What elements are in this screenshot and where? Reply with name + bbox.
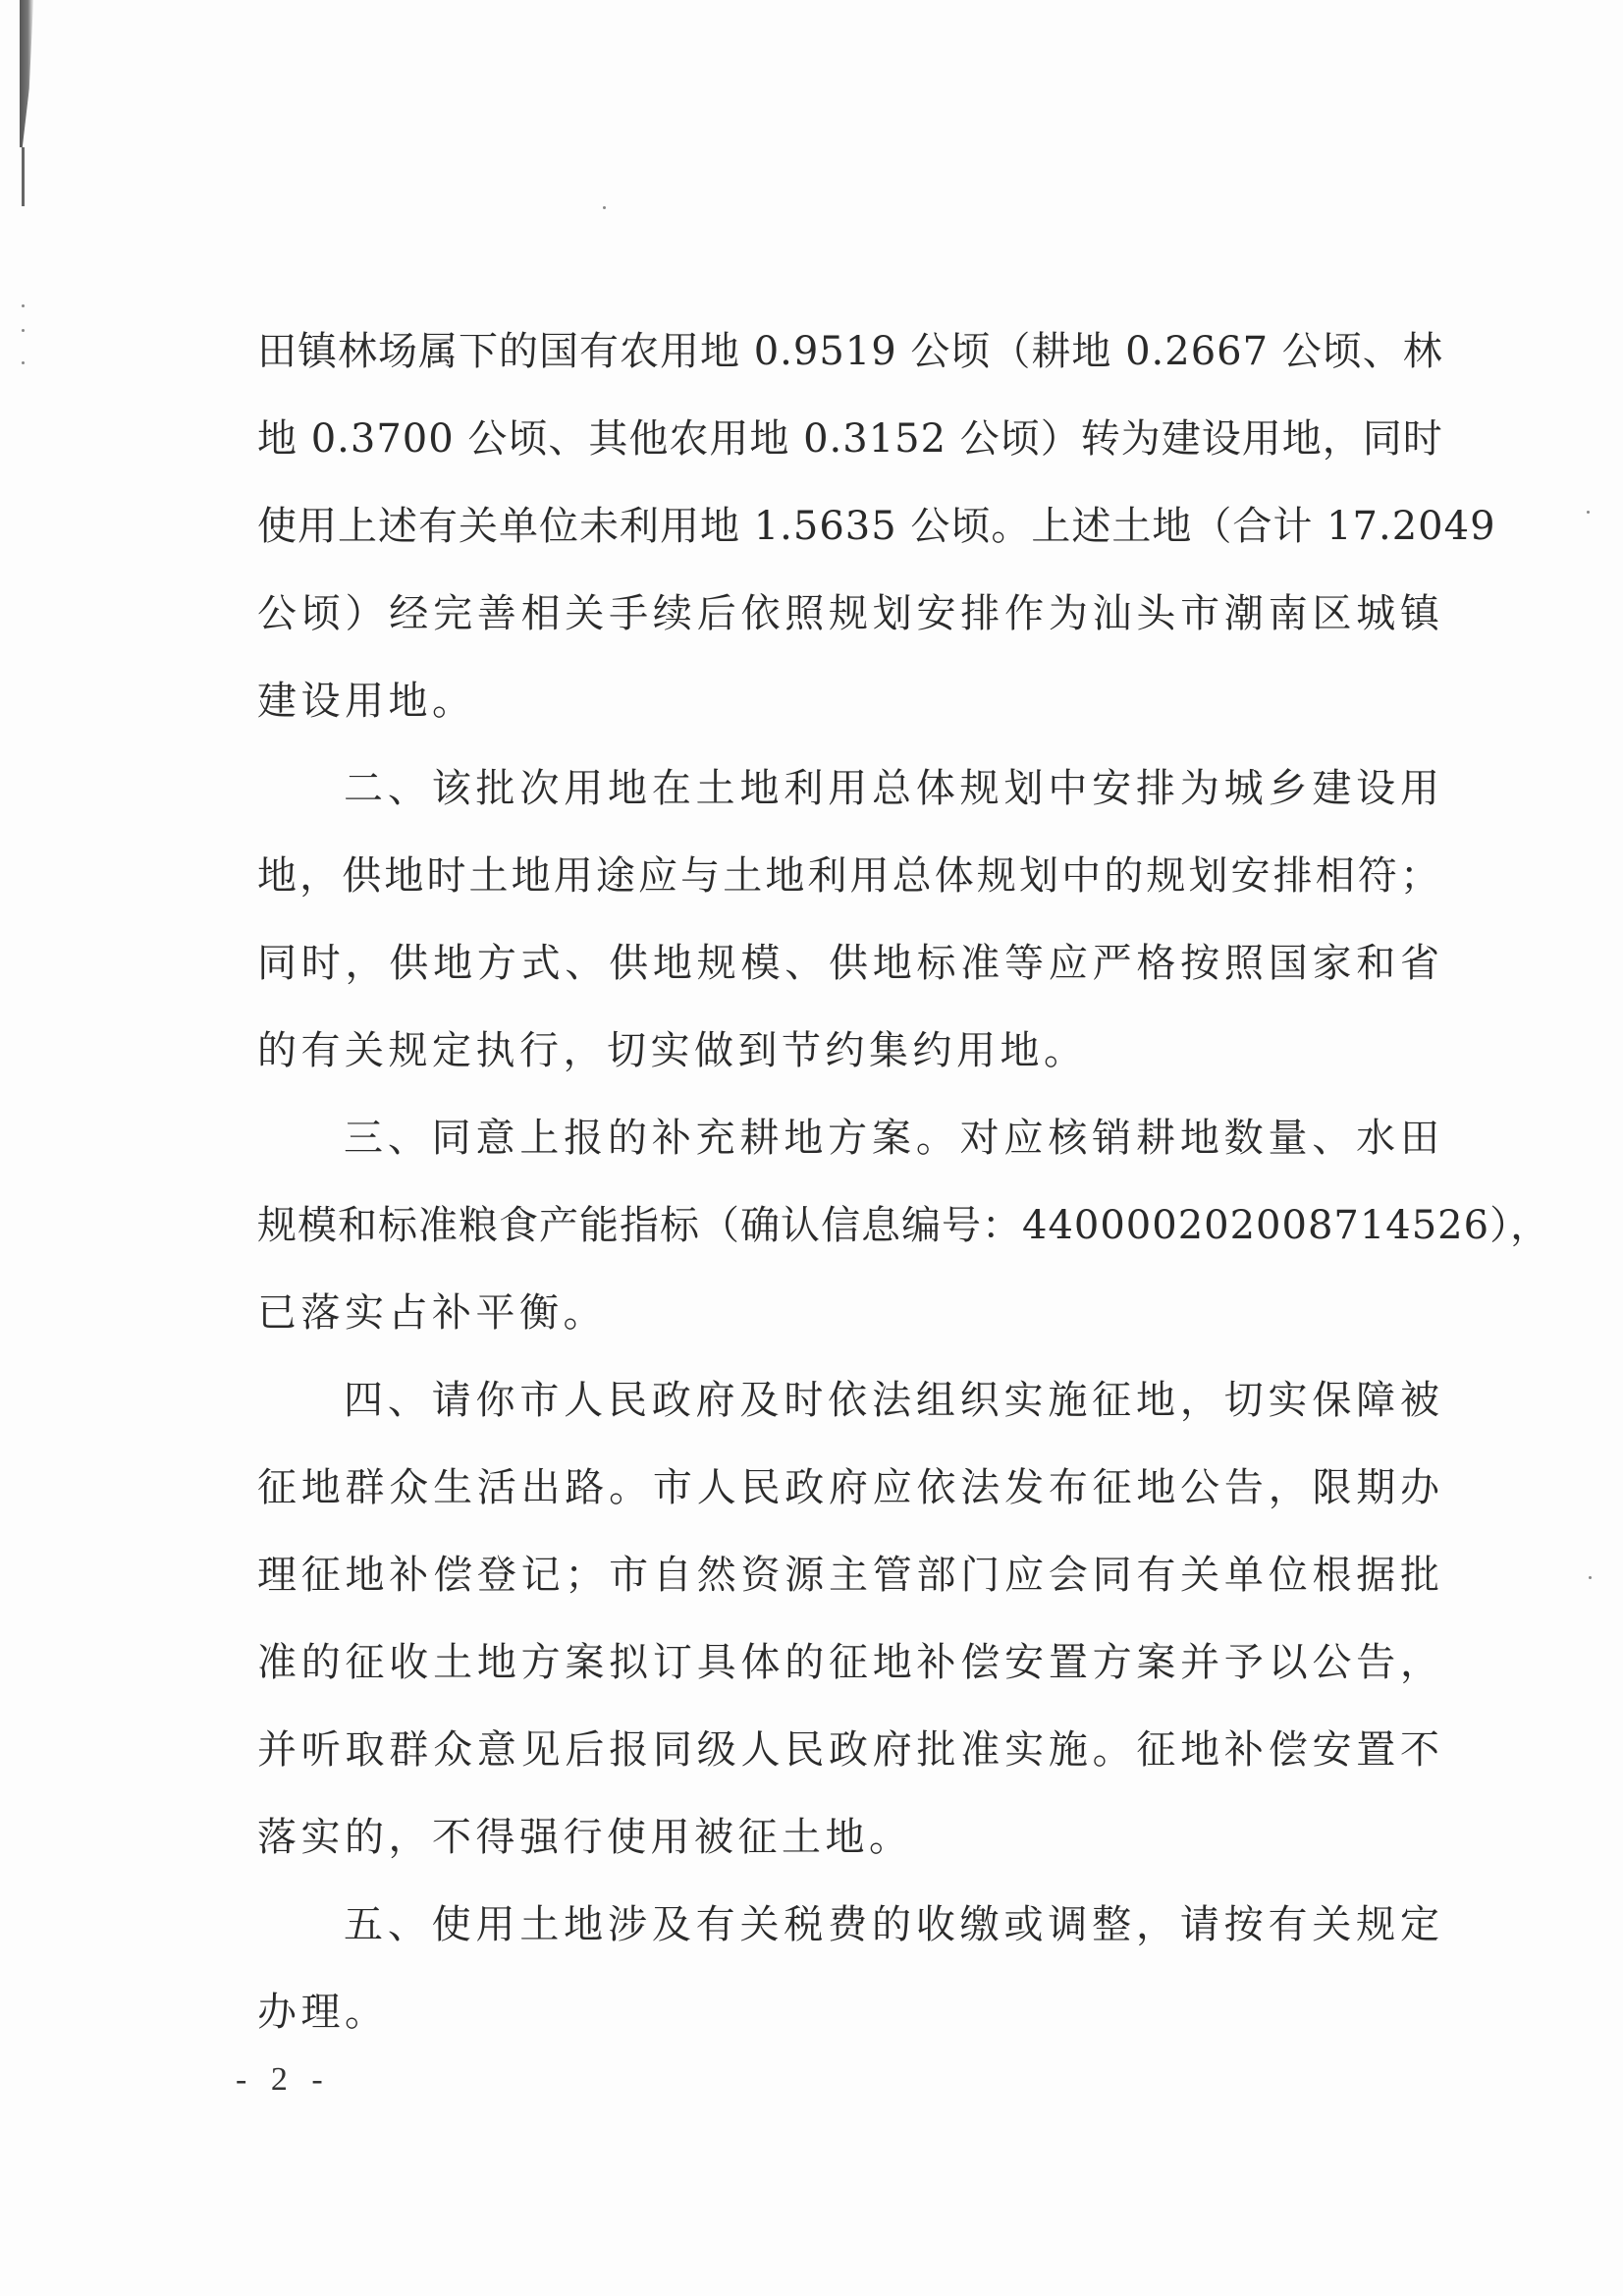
- scan-speck: [22, 329, 25, 332]
- scan-speck: [603, 206, 606, 209]
- body-line: 地，供地时土地用途应与土地利用总体规划中的规划安排相符；: [257, 852, 1440, 900]
- scan-speck: [22, 304, 25, 307]
- body-line: 的有关规定执行，切实做到节约集约用地。: [257, 1027, 1440, 1074]
- body-line: 办理。: [257, 1989, 1440, 2036]
- scan-edge-artifact: [20, 0, 33, 147]
- scan-speck: [1587, 511, 1590, 514]
- scan-speck: [1589, 1576, 1592, 1579]
- page-number: - 2 -: [236, 2060, 331, 2100]
- body-line: 征地群众生活出路。市人民政府应依法发布征地公告，限期办: [257, 1464, 1440, 1511]
- body-line: 并听取群众意见后报同级人民政府批准实施。征地补偿安置不: [257, 1726, 1440, 1774]
- body-line: 准的征收土地方案拟订具体的征地补偿安置方案并予以公告，: [257, 1639, 1440, 1686]
- body-line: 使用上述有关单位未利用地 1.5635 公顷。上述土地（合计 17.2049: [257, 503, 1440, 550]
- section-5-heading-line: 五、使用土地涉及有关税费的收缴或调整，请按有关规定: [344, 1901, 1440, 1948]
- body-line: 田镇林场属下的国有农用地 0.9519 公顷（耕地 0.2667 公顷、林: [257, 328, 1440, 375]
- body-line: 公顷）经完善相关手续后依照规划安排作为汕头市潮南区城镇: [257, 590, 1440, 637]
- section-3-heading-line: 三、同意上报的补充耕地方案。对应核销耕地数量、水田: [344, 1115, 1440, 1162]
- scan-edge-artifact-tail: [22, 147, 25, 206]
- document-page: 田镇林场属下的国有农用地 0.9519 公顷（耕地 0.2667 公顷、林 地 …: [0, 0, 1623, 2296]
- body-line: 已落实占补平衡。: [257, 1289, 1440, 1337]
- scan-speck: [22, 361, 25, 364]
- body-line: 建设用地。: [257, 678, 1440, 725]
- body-line: 落实的，不得强行使用被征土地。: [257, 1814, 1440, 1861]
- section-2-heading-line: 二、该批次用地在土地利用总体规划中安排为城乡建设用: [344, 765, 1440, 812]
- body-line: 同时，供地方式、供地规模、供地标准等应严格按照国家和省: [257, 940, 1440, 987]
- body-line: 规模和标准粮食产能指标（确认信息编号：440000202008714526），: [257, 1202, 1440, 1249]
- section-4-heading-line: 四、请你市人民政府及时依法组织实施征地，切实保障被: [344, 1377, 1440, 1424]
- body-line: 理征地补偿登记；市自然资源主管部门应会同有关单位根据批: [257, 1552, 1440, 1599]
- body-line: 地 0.3700 公顷、其他农用地 0.3152 公顷）转为建设用地，同时: [257, 415, 1440, 463]
